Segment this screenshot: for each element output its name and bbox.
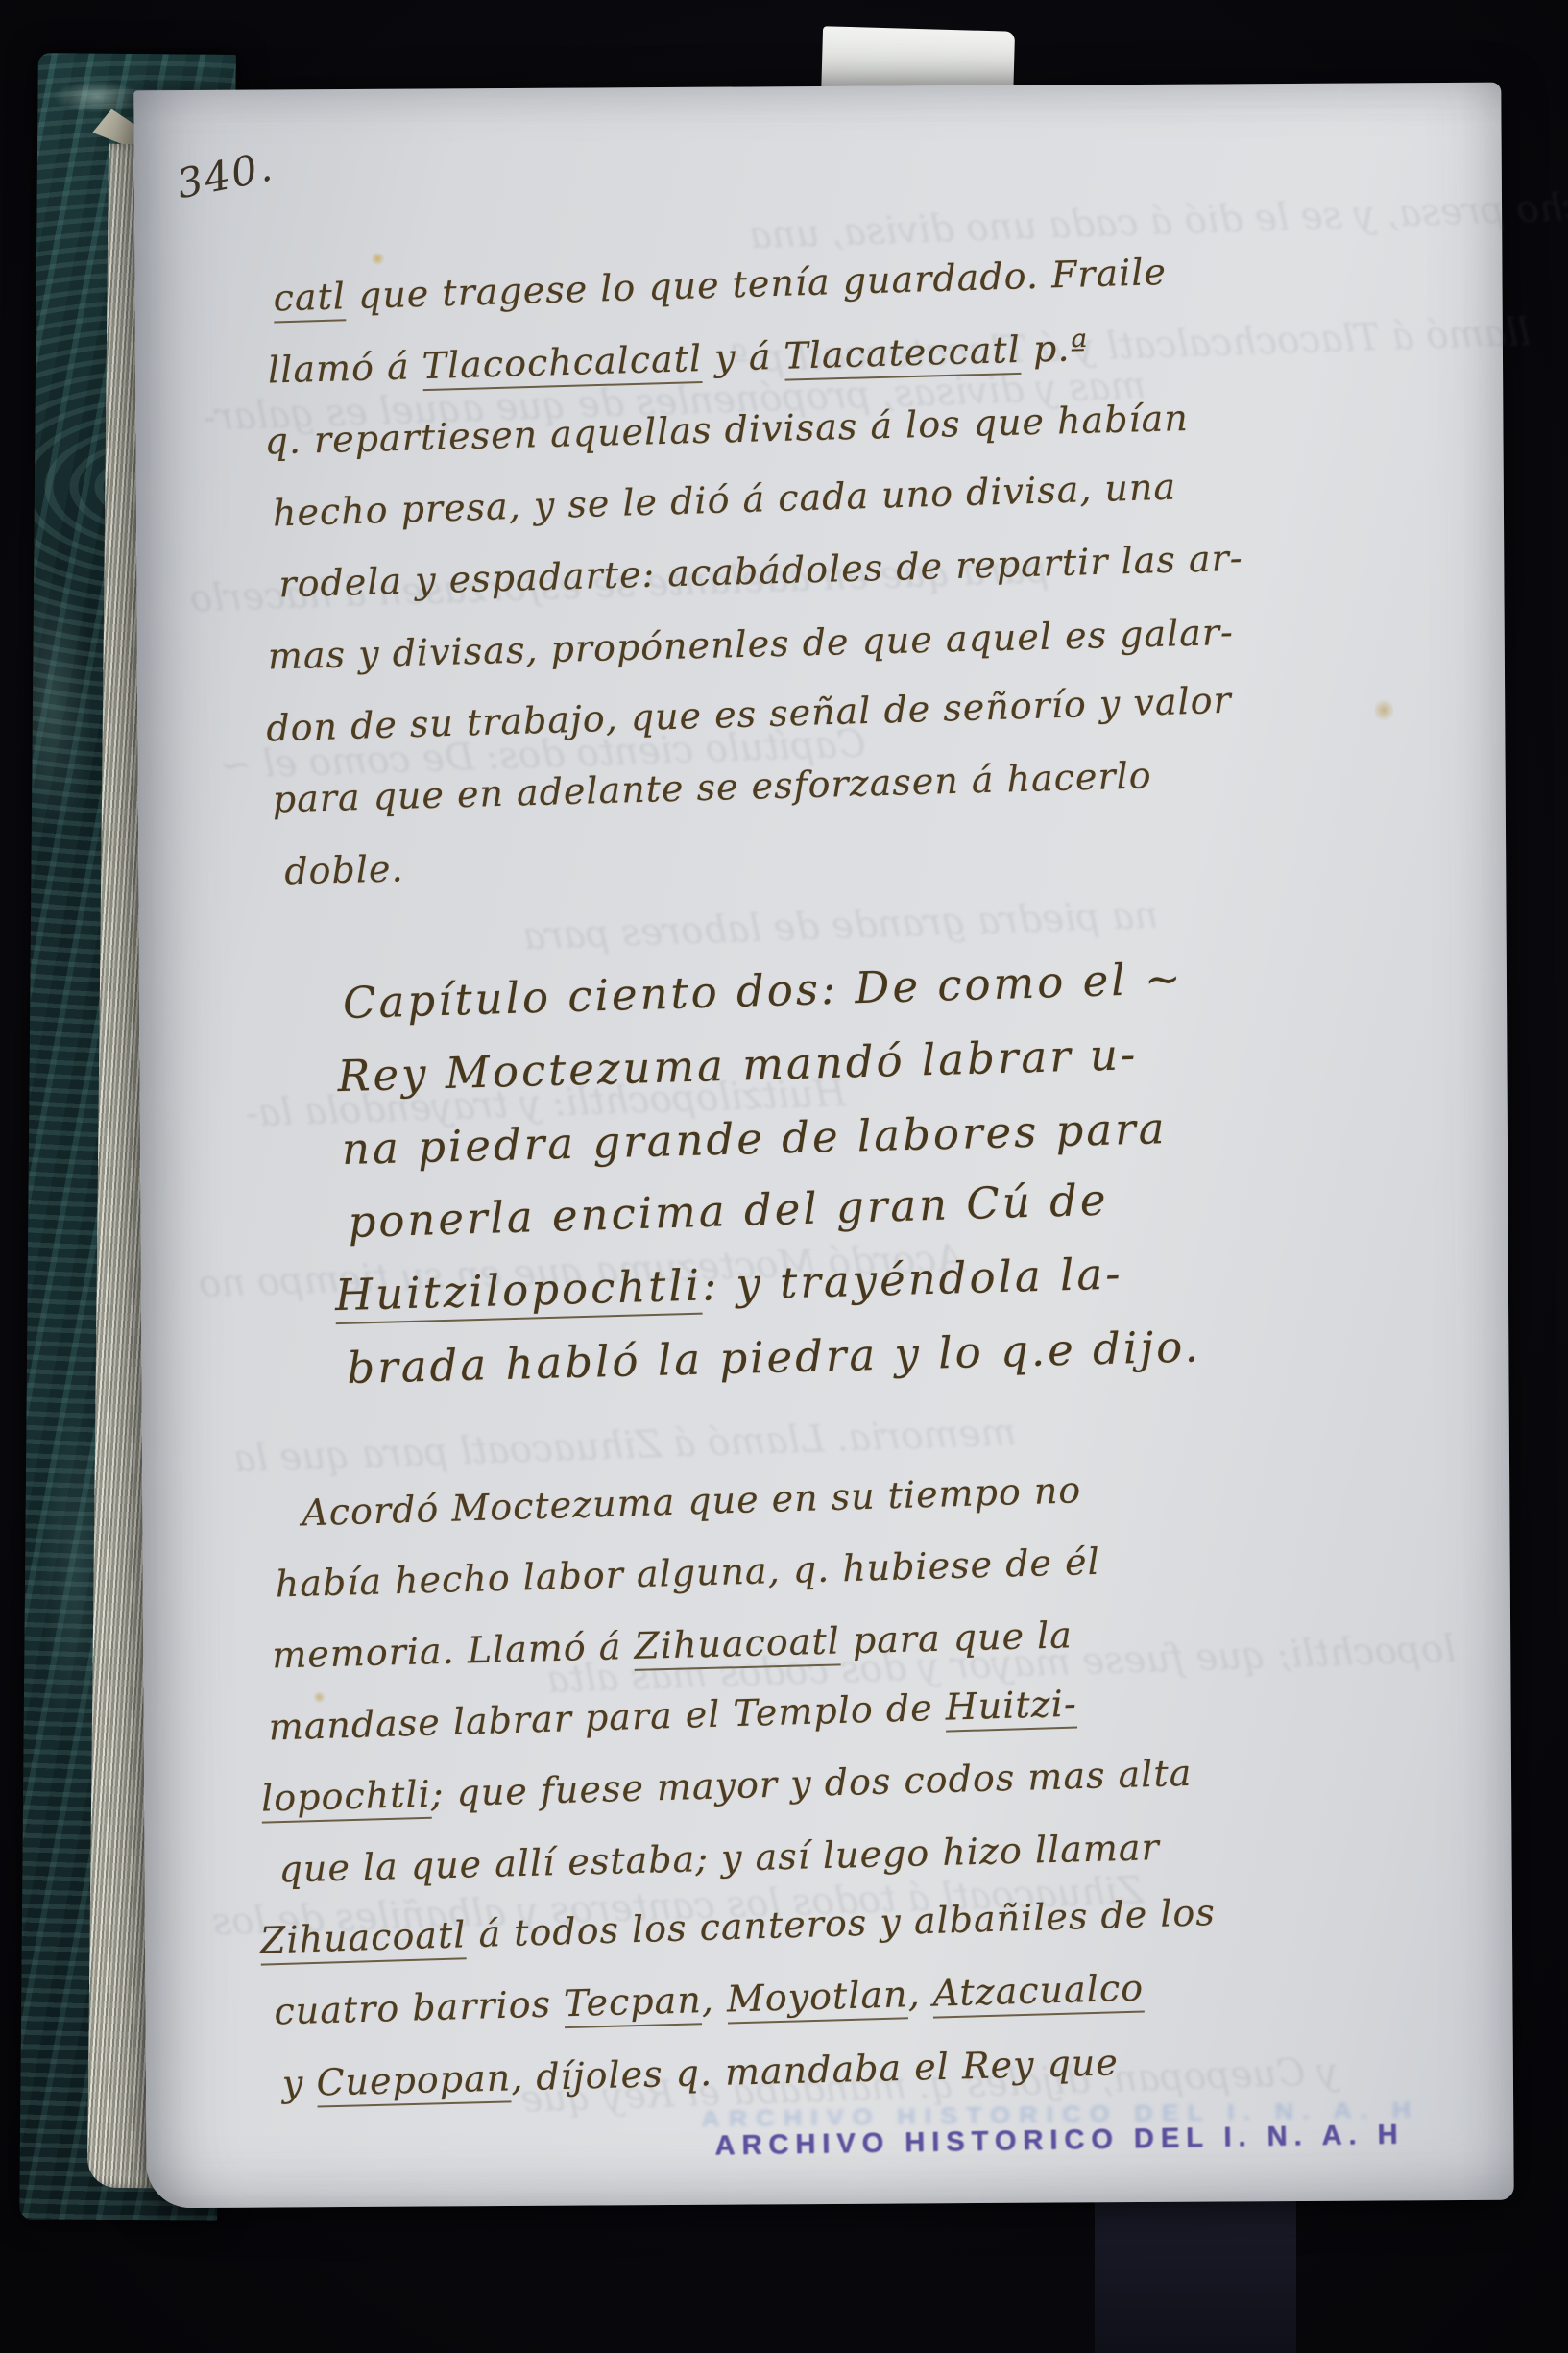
underlined-word: Huitzi- xyxy=(945,1682,1077,1732)
foxing-spot xyxy=(1374,697,1393,722)
text-run: , díjoles q. mandaba el Rey que xyxy=(511,2041,1120,2098)
text-run: mandase labrar para el Templo de xyxy=(268,1686,946,1748)
manuscript-line: para que en adelante se esforzasen á hac… xyxy=(272,754,1152,820)
underlined-word: Tecpan xyxy=(564,1979,703,2029)
text-run: llamó á xyxy=(267,345,422,391)
folio-number: 340. xyxy=(173,142,277,207)
text-run: memoria. Llamó á xyxy=(272,1625,635,1677)
manuscript-line: y Cuepopan, díjoles q. mandaba el Rey qu… xyxy=(281,2041,1119,2104)
ghost-text: hecho presa, y se le dió á cada uno divi… xyxy=(749,184,1568,257)
manuscript-line: Capítulo ciento dos: De como el ~ xyxy=(342,953,1184,1029)
text-run: y xyxy=(281,2061,317,2104)
underlined-word: Zihuacoatl xyxy=(634,1620,841,1671)
text-run: ponerla encima del gran Cú de xyxy=(348,1175,1110,1248)
text-run: hecho presa, y se le dió á cada uno divi… xyxy=(272,465,1176,534)
text-run: para que la xyxy=(839,1614,1073,1662)
chapter-heading: Capítulo ciento dos: De como el ~Rey Moc… xyxy=(133,83,1501,91)
manuscript-line: memoria. Llamó á Zihuacoatl para que la xyxy=(272,1614,1073,1677)
text-run: que tragese lo que tenía guardado. Frail… xyxy=(345,251,1167,317)
manuscript-line: brada habló la piedra y lo q.e dijo. xyxy=(347,1321,1202,1394)
text-run: que la que allí estaba; y así luego hizo… xyxy=(278,1826,1160,1890)
manuscript-line: Rey Moctezuma mandó labrar u- xyxy=(337,1029,1139,1102)
text-run: p.ª xyxy=(1020,327,1089,371)
text-run: doble. xyxy=(284,847,404,892)
text-run: , xyxy=(701,1978,727,2022)
text-run: Acordó Moctezuma que en su tiempo no xyxy=(302,1468,1082,1534)
text-run: y á xyxy=(701,334,784,378)
manuscript-line: Zihuacoatl á todos los canteros y albañi… xyxy=(259,1891,1216,1962)
manuscript-line: na piedra grande de labores para xyxy=(341,1103,1168,1175)
underlined-word: catl xyxy=(273,275,347,323)
text-run: : y trayéndola la- xyxy=(701,1248,1123,1310)
underlined-word: Tlacochcalcatl xyxy=(422,337,703,391)
underlined-word: Atzacualco xyxy=(932,1967,1145,2019)
manuscript-line: había hecho labor alguna, q. hubiese de … xyxy=(275,1540,1100,1606)
manuscript-photograph: 340. hecho presa, y se le dió á cada uno… xyxy=(0,0,1568,2353)
paragraph-1: catl que tragese lo que tenía guardado. … xyxy=(133,83,1501,91)
underlined-word: Tlacateccatl xyxy=(784,328,1022,381)
manuscript-line: ponerla encima del gran Cú de xyxy=(348,1175,1110,1248)
handwritten-text-layer: catl que tragese lo que tenía guardado. … xyxy=(133,83,1501,91)
ghost-text: memoria. Llamó á Zihuacoatl para que la xyxy=(232,1411,1017,1481)
manuscript-line: rodela y espadarte: acabádoles de repart… xyxy=(278,537,1243,606)
show-through-text-layer: hecho presa, y se le dió á cada uno divi… xyxy=(133,83,1501,91)
text-run: ; que fuese mayor y dos codos mas alta xyxy=(430,1752,1193,1815)
underlined-word: Moyotlan xyxy=(726,1974,908,2025)
manuscript-line: mas y divisas, propónenles de que aquel … xyxy=(267,611,1234,678)
manuscript-line: Huitzilopochtli: y trayéndola la- xyxy=(334,1248,1123,1321)
ghost-text: na piedra grande de labores para xyxy=(522,894,1159,958)
foxing-spot xyxy=(370,253,385,265)
manuscript-page: 340. hecho presa, y se le dió á cada uno… xyxy=(133,83,1513,2209)
text-run: á todos los canteros y albañiles de los xyxy=(466,1891,1217,1955)
manuscript-line: mandase labrar para el Templo de Huitzi- xyxy=(268,1682,1077,1748)
manuscript-line: cuatro barrios Tecpan, Moyotlan, Atzacua… xyxy=(274,1967,1145,2033)
underlined-word: Huitzilopochtli xyxy=(334,1260,703,1325)
manuscript-line: hecho presa, y se le dió á cada uno divi… xyxy=(272,465,1176,534)
underlined-word: Cuepopan xyxy=(316,2056,512,2107)
text-run: rodela y espadarte: acabádoles de repart… xyxy=(278,537,1243,606)
manuscript-line: que la que allí estaba; y así luego hizo… xyxy=(278,1826,1160,1890)
text-run: don de su trabajo, que es señal de señor… xyxy=(266,678,1233,749)
manuscript-line: lopochtli; que fuese mayor y dos codos m… xyxy=(261,1752,1193,1820)
text-run: brada habló la piedra y lo q.e dijo. xyxy=(347,1321,1202,1394)
text-run: había hecho labor alguna, q. hubiese de … xyxy=(275,1540,1100,1606)
foxing-spot xyxy=(312,1691,326,1703)
text-run: na piedra grande de labores para xyxy=(341,1103,1168,1175)
paragraph-2: Acordó Moctezuma que en su tiempo nohabí… xyxy=(133,83,1501,91)
text-run: cuatro barrios xyxy=(274,1983,565,2033)
underlined-word: lopochtli xyxy=(261,1773,432,1824)
text-run: , xyxy=(907,1973,933,2016)
manuscript-line: q. repartiesen aquellas divisas á los qu… xyxy=(264,397,1189,463)
text-run: mas y divisas, propónenles de que aquel … xyxy=(267,611,1234,678)
manuscript-line: llamó á Tlacochcalcatl y á Tlacateccatl … xyxy=(267,327,1089,392)
manuscript-line: doble. xyxy=(284,847,404,892)
text-run: Rey Moctezuma mandó labrar u- xyxy=(337,1029,1139,1102)
manuscript-line: Acordó Moctezuma que en su tiempo no xyxy=(302,1468,1082,1534)
text-run: Capítulo ciento dos: De como el ~ xyxy=(342,953,1184,1029)
underlined-word: Zihuacoatl xyxy=(259,1913,467,1965)
book-board-bottom xyxy=(1095,2199,1296,2353)
text-run: para que en adelante se esforzasen á hac… xyxy=(272,754,1152,820)
manuscript-line: don de su trabajo, que es señal de señor… xyxy=(266,678,1233,749)
text-run: q. repartiesen aquellas divisas á los qu… xyxy=(264,397,1189,463)
manuscript-line: catl que tragese lo que tenía guardado. … xyxy=(273,251,1168,320)
